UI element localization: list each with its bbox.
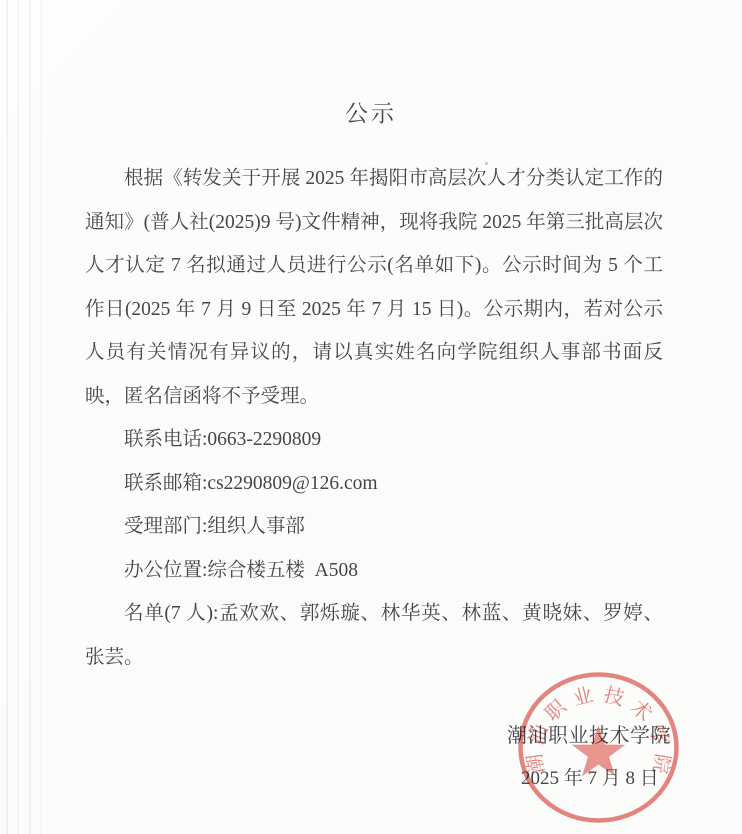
contact-phone-line: 联系电话:0663-2290809 [85, 418, 663, 462]
document-body: 根据《转发关于开展 2025 年揭阳市高层次人才分类认定工作的通知》(普人社(2… [85, 157, 663, 679]
contact-email-line: 联系邮箱:cs2290809@126.com [85, 462, 663, 506]
announcement-paragraph: 根据《转发关于开展 2025 年揭阳市高层次人才分类认定工作的通知》(普人社(2… [85, 157, 663, 418]
office-location-line: 办公位置:综合楼五楼 A508 [85, 549, 663, 593]
accepting-department-line: 受理部门:组织人事部 [85, 505, 663, 549]
scanned-announcement-page: 公示 根据《转发关于开展 2025 年揭阳市高层次人才分类认定工作的通知》(普人… [0, 0, 742, 834]
seal-text-character: 技 [602, 683, 627, 710]
page-title: 公示 [0, 95, 742, 128]
signature-date: 2025 年 7 月 8 日 [521, 763, 659, 790]
seal-text-character: 业 [570, 683, 595, 710]
signature-organization: 潮汕职业技术学院 [507, 719, 671, 748]
name-list-paragraph: 名单(7 人):孟欢欢、郭烁璇、林华英、林蓝、黄晓妹、罗婷、张芸。 [85, 592, 663, 679]
